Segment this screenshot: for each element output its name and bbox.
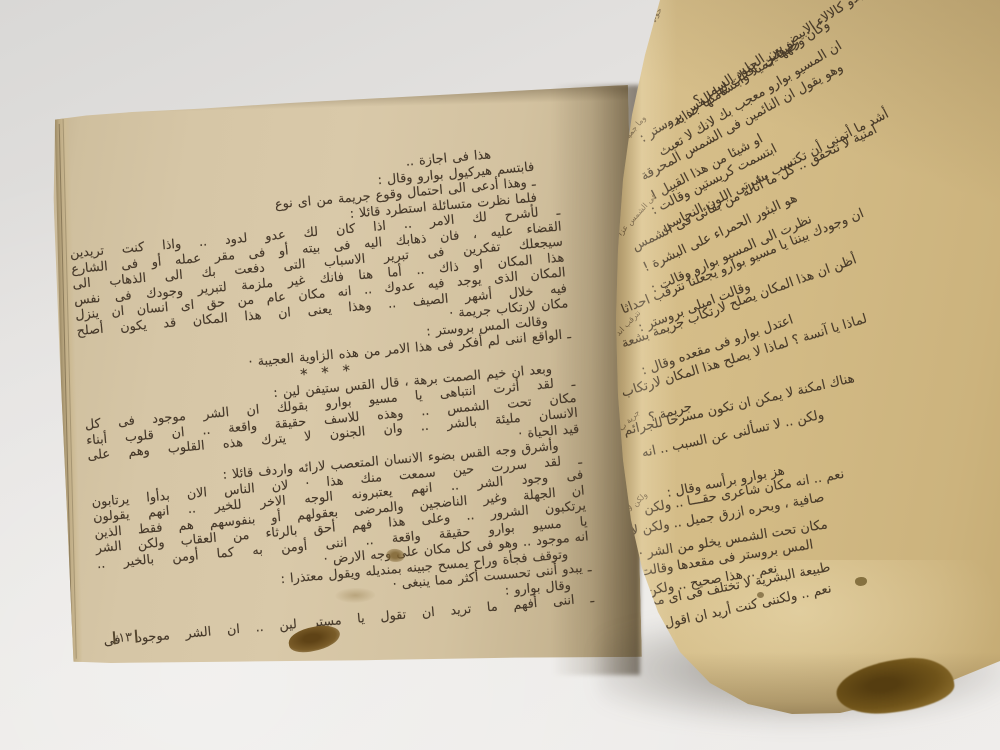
open-book-photo: هذا فى اجازة ..فابتسم هيركيول بوارو وقال… (0, 0, 1000, 750)
page-number: ١٣ (110, 629, 141, 646)
left-page-text-column: هذا فى اجازة ..فابتسم هيركيول بوارو وقال… (64, 142, 595, 650)
torn-page-top-edge (51, 85, 628, 121)
page-number-value: ١٣ (118, 630, 133, 646)
page-number-ornament (113, 631, 116, 644)
page-number-ornament (135, 630, 138, 643)
